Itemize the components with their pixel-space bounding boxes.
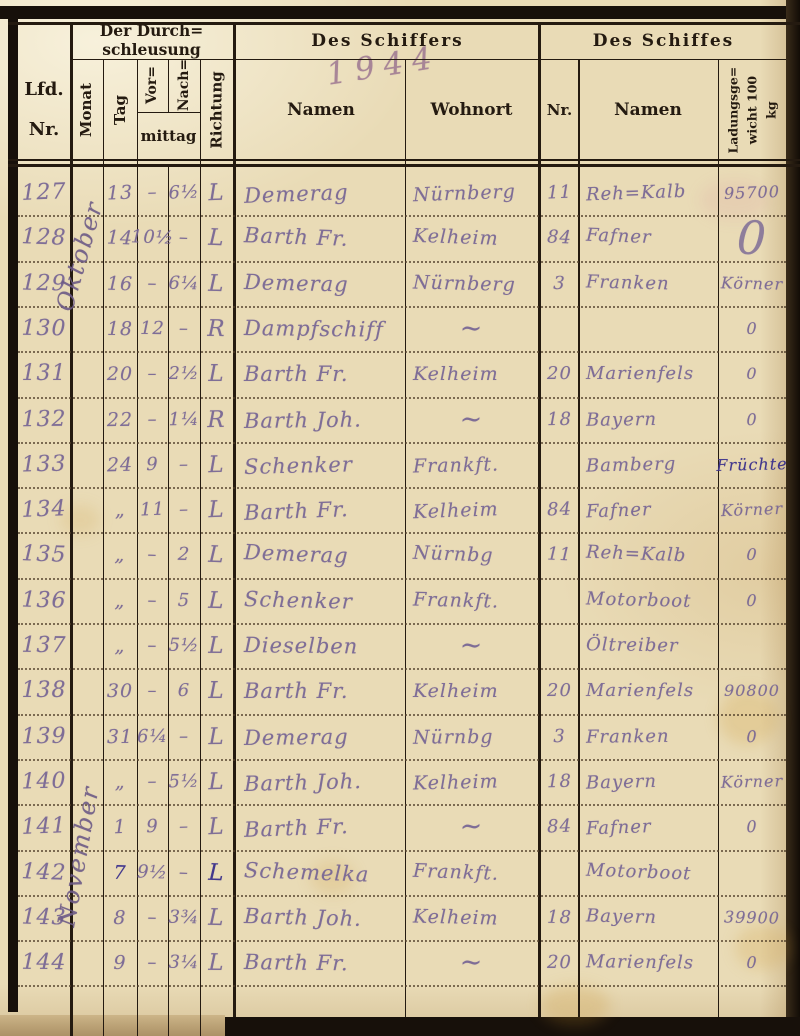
cell-gewicht: Körner	[717, 486, 787, 534]
table-row: 1281410½–LBarth Fr.Kelheim84Fafner0	[0, 215, 800, 260]
column-header-nachmittag: Nach=	[168, 58, 200, 112]
cell-tag: „	[103, 623, 138, 669]
cell-schiff_name: Motorboot	[577, 847, 727, 898]
cell-nachmittag: –	[167, 804, 201, 850]
cell-wohnort: ∼	[405, 396, 539, 443]
cell-vormittag: 9	[136, 441, 168, 487]
cell-schiff_name: Bayern	[577, 757, 726, 806]
cell-schiffer_name: Barth Fr.	[236, 351, 412, 396]
cell-wohnort: ∼	[405, 939, 539, 986]
cell-wohnort: Nürnberg	[404, 259, 546, 308]
cell-wohnort: Frankft.	[404, 440, 546, 489]
cell-schiff_name: Fafner	[577, 801, 727, 852]
cell-schiffer_name: Schenker	[235, 440, 412, 490]
frame-bottom	[225, 1017, 800, 1036]
cell-vormittag: 11	[136, 487, 169, 533]
handwritten-month: November	[48, 758, 108, 954]
cell-richtung: R	[200, 396, 234, 442]
cell-schiff_nr: 18	[540, 758, 578, 804]
cell-vormittag: –	[136, 532, 169, 578]
column-header-tag: Tag	[103, 60, 137, 160]
table-row: 139316¼–LDemeragNürnbg3Franken0	[0, 714, 800, 759]
cell-schiff_name: Fafner	[577, 484, 727, 535]
cell-schiffer_name: Demerag	[236, 713, 413, 760]
cell-schiff_name: Marienfels	[578, 939, 727, 986]
table-row: 1438–3¾LBarth Joh.Kelheim18Bayern39900	[0, 895, 800, 940]
cell-tag: 30	[103, 668, 137, 713]
cell-tag: 22	[103, 396, 138, 442]
cell-schiff_name: Fafner	[577, 213, 727, 264]
tag-label: Tag	[111, 95, 129, 125]
cell-schiff_nr: 20	[541, 940, 579, 986]
cell-nachmittag: –	[168, 713, 201, 759]
cell-schiffer_name: Barth Fr.	[235, 212, 413, 264]
cell-schiffer_name: Barth Fr.	[235, 801, 413, 853]
column-header-ladungsgewicht: Ladungsge= wicht 100 kg	[718, 60, 786, 160]
cell-richtung: L	[199, 215, 234, 261]
cell-schiffer_name: Dampfschiff	[236, 305, 413, 352]
cell-gewicht: Körner	[717, 758, 786, 805]
cell-schiff_name: Reh=Kalb	[577, 530, 727, 581]
cell-wohnort: ∼	[404, 802, 539, 852]
cell-richtung: L	[199, 804, 234, 850]
table-row: 13830–6LBarth Fr.Kelheim20Marienfels9080…	[0, 668, 800, 713]
cell-schiff_nr: 18	[541, 396, 579, 442]
cell-gewicht: 0	[717, 803, 787, 851]
cell-nachmittag: –	[167, 487, 201, 533]
table-rule-horizontal	[137, 112, 200, 113]
cell-wohnort: Frankft.	[404, 847, 547, 897]
cell-nachmittag: 5½	[168, 623, 201, 669]
table-rule-horizontal	[70, 59, 786, 60]
cell-schiffer_name: Demerag	[235, 167, 413, 219]
cell-gewicht: 0	[717, 531, 787, 579]
cell-vormittag: –	[136, 260, 168, 306]
cell-schiff_name: Franken	[578, 713, 727, 760]
cell-gewicht: 0	[718, 396, 787, 442]
cell-schiff_nr: 18	[540, 894, 578, 940]
cell-schiffer_name: Barth Joh.	[235, 893, 412, 943]
cell-nachmittag: 2	[167, 532, 201, 578]
cell-schiff_name: Bayern	[578, 396, 727, 443]
des-schiffes-label: Des Schiffes	[593, 31, 735, 51]
cell-schiff_nr: 84	[540, 215, 579, 262]
cell-schiffer_name: Barth Joh.	[235, 757, 412, 807]
cell-richtung: L	[199, 441, 233, 487]
cell-vormittag: –	[137, 940, 169, 986]
cell-nr: 135	[17, 531, 71, 578]
cell-tag: „	[102, 532, 138, 579]
table-row: 14279½–LSchemelkaFrankft.Motorboot	[0, 850, 800, 895]
cell-wohnort: Kelheim	[405, 668, 546, 713]
table-row: 133249–LSchenkerFrankft.BambergFrüchte	[0, 442, 800, 487]
column-header-schiff-nr: Nr.	[541, 60, 578, 160]
cell-wohnort: Nürnbg	[404, 530, 547, 580]
lfd-nr-label: Lfd. Nr.	[24, 70, 63, 150]
cell-gewicht: 0	[717, 577, 786, 624]
cell-vormittag: –	[136, 169, 169, 215]
cell-schiff_name: Motorboot	[577, 576, 726, 625]
month-label-text: November	[52, 783, 104, 929]
cell-gewicht: 0	[718, 940, 787, 986]
cell-vormittag: –	[137, 668, 168, 713]
cell-schiff_name: Öltreiber	[578, 622, 727, 669]
table-row: 12713–6½LDemeragNürnberg11Reh=Kalb95700	[0, 170, 800, 215]
cell-richtung: R	[200, 306, 234, 352]
cell-gewicht: 39900	[717, 894, 786, 941]
cell-richtung: L	[199, 487, 234, 533]
column-header-lfd-nr: Lfd. Nr.	[18, 60, 70, 160]
cell-wohnort: Kelheim	[404, 485, 547, 535]
cell-wohnort: ∼	[405, 622, 539, 669]
cell-nachmittag: 3¾	[167, 894, 200, 940]
richtung-label: Richtung	[208, 71, 226, 148]
cell-richtung: L	[200, 940, 234, 986]
cell-nr: 133	[17, 441, 70, 488]
cell-vormittag: 10½	[136, 215, 169, 261]
cell-wohnort: Kelheim	[404, 893, 546, 942]
cell-nr: 132	[18, 396, 71, 442]
table-rule-vertical	[168, 59, 169, 112]
table-row: 1449–3¼LBarth Fr.∼20Marienfels0	[0, 940, 800, 985]
table-row: 140„–5½LBarth Joh.Kelheim18BayernKörner	[0, 759, 800, 804]
mittag-label: mittag	[141, 127, 197, 145]
cell-schiffer_name: Barth Fr.	[236, 668, 412, 713]
cell-vormittag: –	[137, 396, 169, 442]
cell-tag: 24	[102, 441, 137, 487]
cell-schiffer_name: Dieselben	[236, 622, 413, 669]
column-header-mittag: mittag	[137, 112, 200, 160]
cell-richtung: L	[199, 758, 233, 804]
table-row: 137„–5½LDieselben∼Öltreiber	[0, 623, 800, 668]
table-row: 13120–2½LBarth Fr.Kelheim20Marienfels0	[0, 351, 800, 396]
cell-nachmittag: 6¼	[167, 260, 200, 306]
cell-schiff_name: Franken	[577, 259, 726, 308]
schiffer-namen-label: Namen	[287, 100, 355, 120]
column-header-vormittag: Vor=	[137, 58, 168, 112]
cell-gewicht: 0	[718, 713, 787, 759]
cell-nachmittag: 6½	[167, 169, 201, 215]
cell-gewicht: 0	[717, 214, 787, 262]
cell-vormittag: 9½	[136, 849, 169, 895]
cell-nachmittag: –	[168, 306, 201, 352]
cell-richtung: L	[199, 577, 233, 623]
cell-schiff_nr: 11	[540, 169, 579, 216]
cell-nachmittag: –	[167, 215, 201, 261]
cell-schiffer_name: Demerag	[235, 529, 413, 581]
cell-schiffer_name: Demerag	[235, 258, 412, 308]
cell-schiff_name: Bayern	[577, 893, 726, 942]
column-header-richtung: Richtung	[200, 60, 233, 160]
cell-vormittag: –	[136, 577, 168, 623]
cell-gewicht: 0	[718, 305, 787, 351]
table-row: 13222–1¼RBarth Joh.∼18Bayern0	[0, 397, 800, 442]
cell-schiff_nr: 84	[540, 804, 579, 851]
cell-schiff_nr: 20	[541, 351, 578, 396]
cell-vormittag: 12	[137, 306, 169, 352]
cell-nr: 134	[17, 486, 71, 533]
frame-bottom-left-shadow	[0, 1015, 225, 1036]
cell-nachmittag: 5½	[167, 759, 200, 805]
cell-nachmittag: –	[167, 849, 201, 895]
column-header-monat: Monat	[70, 60, 103, 160]
durchschleusung-label: Der Durch= schleusung	[100, 22, 203, 59]
cell-wohnort: Kelheim	[404, 213, 547, 263]
table-rule-horizontal	[8, 159, 800, 161]
cell-wohnort: Nürnbg	[405, 713, 547, 760]
cell-richtung: L	[200, 623, 234, 669]
vor-label: Vor=	[145, 66, 161, 104]
group-header-des-schiffes: Des Schiffes	[541, 24, 786, 58]
table-row: 135„–2LDemeragNürnbg11Reh=Kalb0	[0, 532, 800, 577]
cell-wohnort: Kelheim	[404, 757, 546, 806]
table-rule-horizontal	[8, 22, 800, 25]
schiff-namen-label: Namen	[614, 100, 682, 120]
ladungsgewicht-label: Ladungsge= wicht 100 kg	[724, 67, 780, 154]
cell-vormittag: –	[136, 759, 168, 805]
cell-wohnort: Kelheim	[405, 351, 546, 396]
schiff-nr-label: Nr.	[547, 101, 572, 119]
cell-nachmittag: 6	[168, 668, 200, 713]
cell-nachmittag: 3¼	[168, 940, 201, 986]
cell-gewicht: 90800	[718, 668, 786, 713]
table-row: 134„11–LBarth Fr.Kelheim84FafnerKörner	[0, 487, 800, 532]
cell-richtung: L	[199, 169, 234, 215]
cell-wohnort: Frankft.	[404, 576, 546, 625]
cell-schiffer_name: Barth Fr.	[236, 939, 413, 986]
cell-nr: 136	[17, 577, 70, 624]
table-row: 136„–5LSchenkerFrankft.Motorboot0	[0, 578, 800, 623]
cell-schiff_nr: 3	[540, 260, 578, 306]
monat-label: Monat	[78, 83, 96, 137]
cell-schiff_nr: 84	[540, 486, 579, 533]
cell-schiff_nr: 11	[540, 532, 579, 579]
cell-schiff_nr: 3	[541, 713, 579, 759]
cell-schiffer_name: Schenker	[235, 576, 412, 626]
table-row: 14119–LBarth Fr.∼84Fafner0	[0, 804, 800, 849]
cell-nr: 137	[18, 623, 71, 669]
table-row: 1301812–RDampfschiff∼0	[0, 306, 800, 351]
cell-schiff_name: Marienfels	[578, 668, 726, 713]
cell-gewicht: 95700	[717, 169, 787, 217]
cell-vormittag: 6¼	[137, 713, 169, 759]
cell-vormittag: 9	[136, 804, 169, 850]
handwritten-month: Oktober	[50, 172, 110, 340]
table-row: 12916–6¼LDemeragNürnberg3FrankenKörner	[0, 261, 800, 306]
cell-schiff_name: Reh=Kalb	[577, 167, 727, 218]
cell-richtung: L	[200, 351, 233, 396]
cell-nr: 131	[18, 351, 70, 396]
cell-schiff_name: Marienfels	[578, 351, 726, 396]
cell-richtung: L	[199, 532, 234, 578]
cell-nachmittag: 1¼	[168, 396, 201, 442]
scanned-ledger-page: Lfd. Nr. Der Durch= schleusung Monat Tag…	[0, 0, 800, 1036]
cell-tag: „	[102, 577, 137, 623]
cell-gewicht: 0	[718, 351, 786, 396]
nach-label: Nach=	[176, 59, 192, 111]
cell-schiffer_name: Schemelka	[235, 846, 413, 898]
cell-nachmittag: 2½	[168, 351, 200, 396]
cell-wohnort: ∼	[405, 305, 539, 352]
frame-top	[0, 6, 800, 19]
cell-schiff_name: Bamberg	[577, 440, 726, 489]
cell-gewicht: Körner	[717, 260, 786, 307]
wohnort-label: Wohnort	[431, 100, 513, 120]
cell-richtung: L	[199, 260, 233, 306]
cell-richtung: L	[200, 713, 234, 759]
cell-tag: 20	[103, 351, 137, 396]
cell-schiff_nr: 20	[541, 668, 578, 713]
cell-richtung: L	[199, 849, 234, 895]
column-header-schiff-namen: Namen	[578, 60, 718, 160]
cell-richtung: L	[199, 894, 233, 940]
cell-gewicht: Früchte	[717, 441, 786, 488]
cell-schiffer_name: Barth Joh.	[236, 395, 413, 442]
cell-vormittag: –	[137, 351, 168, 396]
cell-tag: „	[102, 486, 138, 533]
cell-tag: 31	[103, 713, 138, 759]
cell-wohnort: Nürnberg	[404, 167, 547, 217]
cell-nachmittag: –	[167, 441, 200, 487]
group-header-durchschleusung: Der Durch= schleusung	[70, 23, 233, 59]
cell-nr: 139	[18, 713, 71, 759]
cell-vormittag: –	[136, 894, 168, 940]
cell-nr: 138	[18, 668, 70, 713]
cell-vormittag: –	[137, 623, 169, 669]
month-label-text: Oktober	[51, 198, 109, 315]
cell-nachmittag: 5	[167, 577, 200, 623]
cell-richtung: L	[200, 668, 233, 713]
cell-schiffer_name: Barth Fr.	[235, 484, 413, 536]
